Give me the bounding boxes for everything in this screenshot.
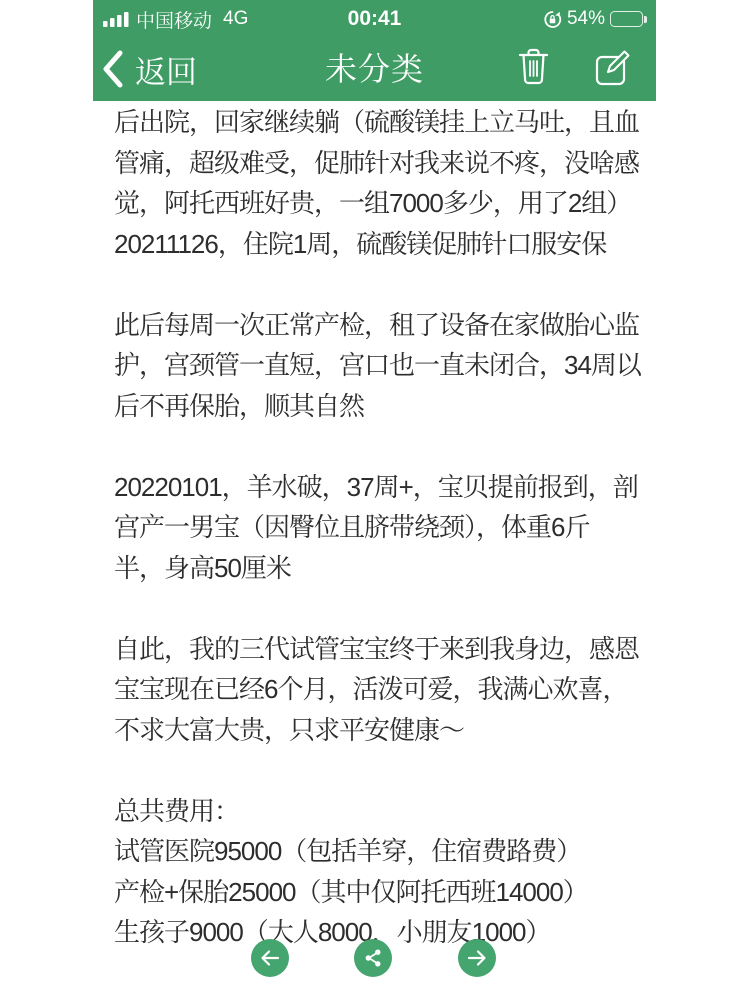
note-line: 半，身高50厘米 <box>114 548 642 589</box>
next-note-button[interactable] <box>458 939 496 977</box>
share-note-button[interactable] <box>354 939 392 977</box>
note-line: 后不再保胎，顺其自然 <box>114 386 642 427</box>
note-paragraph: 此后每周一次正常产检，租了设备在家做胎心监护，宫颈管一直短，宫口也一直未闭合，3… <box>114 305 642 427</box>
app-header: 中国移动 4G 00:41 54% <box>93 0 656 101</box>
note-paragraph: 自此，我的三代试管宝宝终于来到我身边，感恩宝宝现在已经6个月，活泼可爱，我满心欢… <box>114 629 642 751</box>
edit-note-button[interactable] <box>593 45 633 89</box>
delete-note-button[interactable] <box>513 45 553 89</box>
arrow-right-icon <box>466 947 488 969</box>
note-line: 不求大富大贵，只求平安健康～ <box>114 710 642 751</box>
battery-icon <box>610 10 648 28</box>
share-icon <box>362 947 384 969</box>
note-line: 此后每周一次正常产检，租了设备在家做胎心监 <box>114 305 642 346</box>
battery-percent-label: 54% <box>567 8 605 30</box>
note-line: 产检+保胎25000（其中仅阿托西班14000） <box>114 872 642 913</box>
arrow-left-icon <box>259 947 281 969</box>
status-right: 54% <box>543 0 648 38</box>
note-content[interactable]: 后出院，回家继续躺（硫酸镁挂上立马吐，且血管痛，超级难受，促肺针对我来说不疼，没… <box>93 101 656 953</box>
note-paragraph: 20220101，羊水破，37周+，宝贝提前报到，剖宫产一男宝（因臀位且脐带绕颈… <box>114 467 642 589</box>
note-line: 觉，阿托西班好贵，一组7000多少，用了2组） <box>114 183 642 224</box>
prev-note-button[interactable] <box>251 939 289 977</box>
note-line: 护，宫颈管一直短，宫口也一直未闭合，34周以 <box>114 345 642 386</box>
note-line: 后出院，回家继续躺（硫酸镁挂上立马吐，且血 <box>114 102 642 143</box>
compose-icon <box>595 48 631 86</box>
note-line: 20211126，住院1周，硫酸镁促肺针口服安保 <box>114 224 642 265</box>
note-paragraph: 总共费用：试管医院95000（包括羊穿，住宿费路费）产检+保胎25000（其中仅… <box>114 791 642 953</box>
note-line: 宝宝现在已经6个月，活泼可爱，我满心欢喜， <box>114 669 642 710</box>
note-line: 自此，我的三代试管宝宝终于来到我身边，感恩 <box>114 629 642 670</box>
note-line: 试管医院95000（包括羊穿，住宿费路费） <box>114 831 642 872</box>
status-bar: 中国移动 4G 00:41 54% <box>93 0 656 38</box>
note-line: 总共费用： <box>114 791 642 832</box>
note-line: 宫产一男宝（因臀位且脐带绕颈），体重6斤 <box>114 507 642 548</box>
note-line: 管痛，超级难受，促肺针对我来说不疼，没啥感 <box>114 143 642 184</box>
page-title: 未分类 <box>93 38 656 96</box>
nav-bar: 返回 未分类 <box>93 38 656 101</box>
note-paragraph: 后出院，回家继续躺（硫酸镁挂上立马吐，且血管痛，超级难受，促肺针对我来说不疼，没… <box>114 102 642 264</box>
trash-icon <box>517 48 550 86</box>
orientation-lock-icon <box>543 10 562 29</box>
note-line: 20220101，羊水破，37周+，宝贝提前报到，剖 <box>114 467 642 508</box>
phone-screenshot: 中国移动 4G 00:41 54% <box>93 0 656 1000</box>
